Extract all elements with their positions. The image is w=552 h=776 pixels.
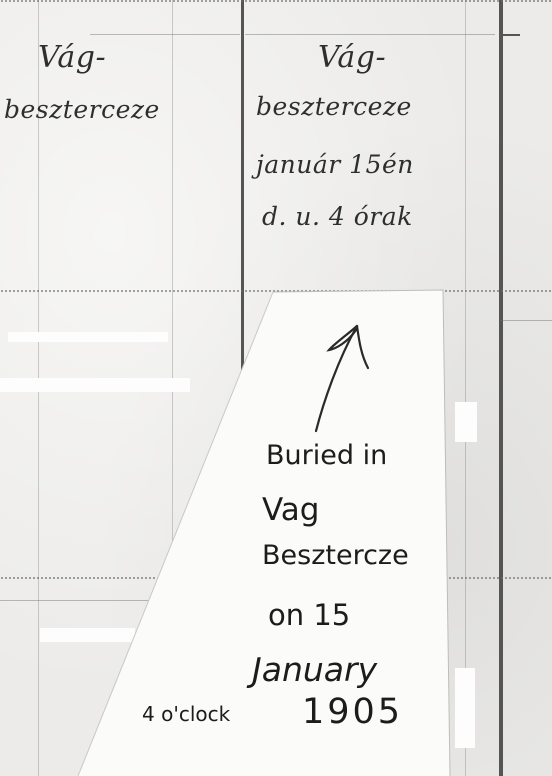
entry-col1-place-line2: beszterceze [4,95,160,124]
erasure-patch [8,332,168,342]
register-page: Vág- beszterceze Vág- beszterceze január… [0,0,552,776]
column-rule [499,0,503,776]
entry-col1-place-line1: Vág- [38,40,106,75]
note-line-4: on 15 [268,598,350,632]
entry-col2-date: január 15én [256,150,414,179]
entry-col2-time: d. u. 4 órak [262,202,413,231]
note-line-2: Vag [262,492,319,528]
erasure-patch [0,378,190,392]
faint-rule [465,0,466,776]
entry-col2-place-line2: beszterceze [256,92,412,121]
note-side-time: 4 o'clock [142,702,230,726]
erasure-patch [455,668,475,748]
note-line-3: Besztercze [262,540,409,571]
note-line-5: January [252,650,377,689]
note-line-6: 1905 [302,692,403,732]
entry-col2-place-line1: Vág- [318,40,386,75]
tick-mark [500,34,520,36]
faint-rule [245,34,495,35]
faint-rule [90,34,240,35]
note-line-1: Buried in [266,440,387,471]
erasure-patch [40,628,135,642]
erasure-patch [455,402,477,442]
faint-rule [500,320,552,321]
dotted-rule [0,290,552,292]
dotted-rule [0,0,552,2]
